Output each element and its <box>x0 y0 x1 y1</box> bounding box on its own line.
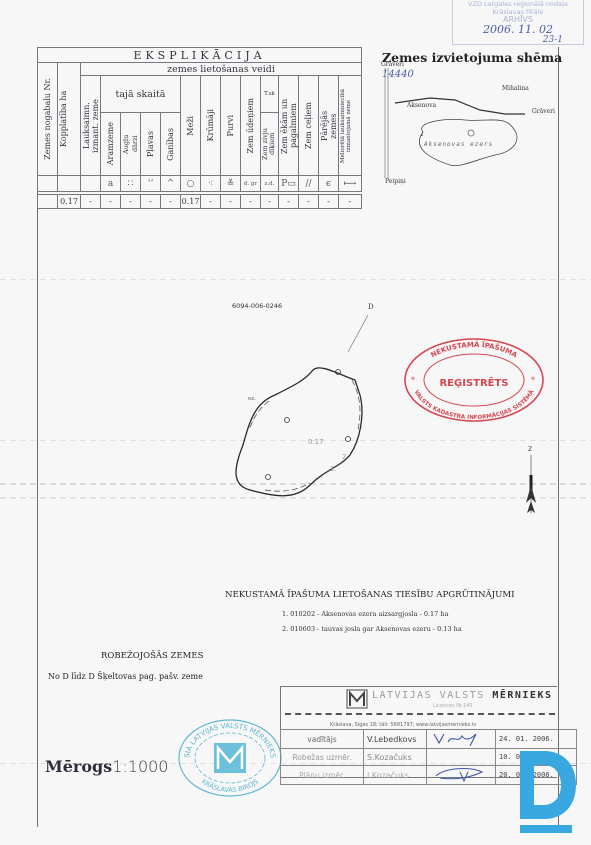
col-swamps: Purvi <box>226 115 235 136</box>
col-meadows: Pļavas <box>146 131 155 157</box>
person-name: I.Kozačuks <box>364 766 427 785</box>
symbol-swamps: ≚ <box>221 176 241 192</box>
symbol-meliorated: ⟼ <box>339 176 362 192</box>
value-cell <box>38 195 58 209</box>
encumbrance-item: 1. 010202 - Aksenovas ezera aizsargjosla… <box>282 610 448 618</box>
symbol-buildings: P▭ <box>279 176 299 192</box>
value-cell: - <box>221 195 241 209</box>
col-agricultural: Lauksaimn. izmant. zeme <box>82 91 100 161</box>
plan-point-d: D <box>368 303 374 311</box>
person-name: V.Lebedkovs <box>364 730 427 749</box>
col-buildings: Zem ēkām un pagalmiem <box>280 91 298 161</box>
explication-table: EKSPLIKĀCIJA Zemes nogabalu Nr. Kopplatī… <box>37 47 362 209</box>
group-label: tajā skaitā <box>101 76 181 113</box>
value-cell: - <box>299 195 319 209</box>
explication-title: EKSPLIKĀCIJA <box>38 48 362 63</box>
schema-label-lake: Aksenovas ezers <box>424 141 493 148</box>
value-cell: - <box>101 195 121 209</box>
schema-label-aksenova: Aksenova <box>407 102 436 109</box>
company-stamp: SIA LATVIJAS VALSTS MĒRNIEKS KRĀSLAVAS B… <box>177 718 283 798</box>
value-cell: - <box>339 195 362 209</box>
subgroup-label: T.sk <box>261 76 279 113</box>
symbol-row: a ∷ ʻʻ ^ ○ ⁖ ≚ d. gr z.d. P▭ // ϵ ⟼ <box>38 176 362 192</box>
plan-edge-label: ez. <box>248 396 256 402</box>
col-water: Zem ūdeņiem <box>246 98 255 153</box>
plan-area-label: 0.17 <box>308 438 324 446</box>
col-total-area: Kopplatība ha <box>59 79 79 159</box>
plan-zone-label-1: 1. <box>330 465 337 473</box>
svg-text:KRĀSLAVAS BIROJS: KRĀSLAVAS BIROJS <box>200 777 260 794</box>
value-cell: - <box>261 195 279 209</box>
schema-label-peipini: Peipiņi <box>385 178 406 185</box>
value-total: 0.17 <box>58 195 81 209</box>
symbol-meadows: ʻʻ <box>141 176 161 192</box>
symbol-other: ϵ <box>319 176 339 192</box>
value-cell: - <box>319 195 339 209</box>
archive-stamp: VZD Latgales reģionālā nodaļa Krāslavas … <box>452 0 584 45</box>
role: vadītājs <box>281 730 364 749</box>
scale-value: 1:1000 <box>112 757 168 776</box>
land-use-subtitle: zemes lietošanas veidi <box>81 63 362 76</box>
col-orchards: Augļu dārzi <box>122 129 140 159</box>
value-cell: - <box>141 195 161 209</box>
value-cell: - <box>81 195 101 209</box>
col-arable: Aramzeme <box>106 122 115 165</box>
neighbours-title: ROBEŽOJOŠĀS ZEMES <box>101 651 203 661</box>
archive-date: 2006. 11. 02 <box>453 24 583 36</box>
signature-row: vadītājs V.Lebedkovs 24. 01. 2006. <box>281 730 577 749</box>
col-forest: Meži <box>186 116 195 136</box>
col-roads: Zem ceļiem <box>304 102 313 149</box>
col-shrubs: Krūmāji <box>206 109 215 141</box>
signature <box>427 730 496 749</box>
symbol-orchards: ∷ <box>121 176 141 192</box>
north-arrow-icon <box>524 455 538 513</box>
value-cell: - <box>279 195 299 209</box>
person-name: S.Kozačuks <box>364 749 427 766</box>
watermark-logo-icon <box>520 751 576 835</box>
svg-text:*: * <box>531 376 535 385</box>
signature <box>427 749 496 766</box>
symbol-cell <box>38 176 58 192</box>
scale-word: Mērogs <box>45 757 112 776</box>
company-name-light: LATVIJAS VALSTS <box>372 690 492 701</box>
symbol-forest: ○ <box>181 176 201 192</box>
archive-line: VZD Latgales reģionālā nodaļa <box>453 0 583 8</box>
value-cell: - <box>241 195 261 209</box>
value-cell: - <box>161 195 181 209</box>
values-row: 0.17 - - - - - 0.17 - - - - - - - - <box>38 195 362 209</box>
plan-zone-label-2: 2. <box>342 453 349 461</box>
parcel-plan <box>225 305 385 505</box>
symbol-fishponds: z.d. <box>261 176 279 192</box>
surveyor-address: Krāslava, Sigas 18; tālr. 5681797; www.l… <box>330 722 476 728</box>
symbol-cell <box>81 176 101 192</box>
svg-text:REĢISTRĒTS: REĢISTRĒTS <box>439 376 508 389</box>
surveyor-company-name: LATVIJAS VALSTS MĒRNIEKS <box>372 690 553 701</box>
surveyor-license: Licences Nr.145 <box>433 703 473 709</box>
signature <box>427 766 496 785</box>
date: 24. 01. 2006. <box>496 730 577 749</box>
surveyor-logo-icon <box>346 689 368 709</box>
role: Plānu izmēr. <box>281 766 364 785</box>
col-other: Pārējās zemes <box>320 106 338 146</box>
location-schema-map <box>375 60 555 190</box>
col-plot-number: Zemes nogabalu Nr. <box>43 78 52 160</box>
col-meliorated: Meliorētā lauksaimniecībā izmantojamā ze… <box>340 86 360 166</box>
scale-label: Mērogs1:1000 <box>45 757 168 776</box>
encumbrances-title: NEKUSTAMĀ ĪPAŠUMA LIETOŠANAS TIESĪBU APG… <box>225 590 515 600</box>
svg-text:*: * <box>411 376 415 385</box>
registered-stamp: NEKUSTAMĀ ĪPAŠUMA VALSTS KADASTRA INFORM… <box>403 337 545 423</box>
symbol-roads: // <box>299 176 319 192</box>
schema-label-graveri-right: Grāveri <box>532 108 555 115</box>
symbol-arable: a <box>101 176 121 192</box>
neighbours-line: No D līdz D Šķeltovas pag. pašv. zeme <box>48 672 203 681</box>
value-cell: - <box>201 195 221 209</box>
symbol-shrubs: ⁖ <box>201 176 221 192</box>
schema-label-mihalina: Mihalina <box>502 85 529 92</box>
symbol-cell <box>58 176 81 192</box>
schema-label-graveri-top: Grāveri <box>381 61 404 68</box>
divider <box>285 713 555 715</box>
value-forest: 0.17 <box>181 195 201 209</box>
role: Robežas uzmēr. <box>281 749 364 766</box>
col-fishponds: Zem zivju dīķiem <box>262 124 278 164</box>
north-label: Z <box>528 446 532 453</box>
company-name-bold: MĒRNIEKS <box>492 690 552 701</box>
symbol-pastures: ^ <box>161 176 181 192</box>
value-cell: - <box>121 195 141 209</box>
col-pastures: Ganības <box>166 128 175 161</box>
archive-ref: 23-1 <box>453 36 583 45</box>
encumbrance-item: 2. 010603 - tauvas josla gar Aksenovas e… <box>282 625 462 633</box>
symbol-water: d. gr <box>241 176 261 192</box>
